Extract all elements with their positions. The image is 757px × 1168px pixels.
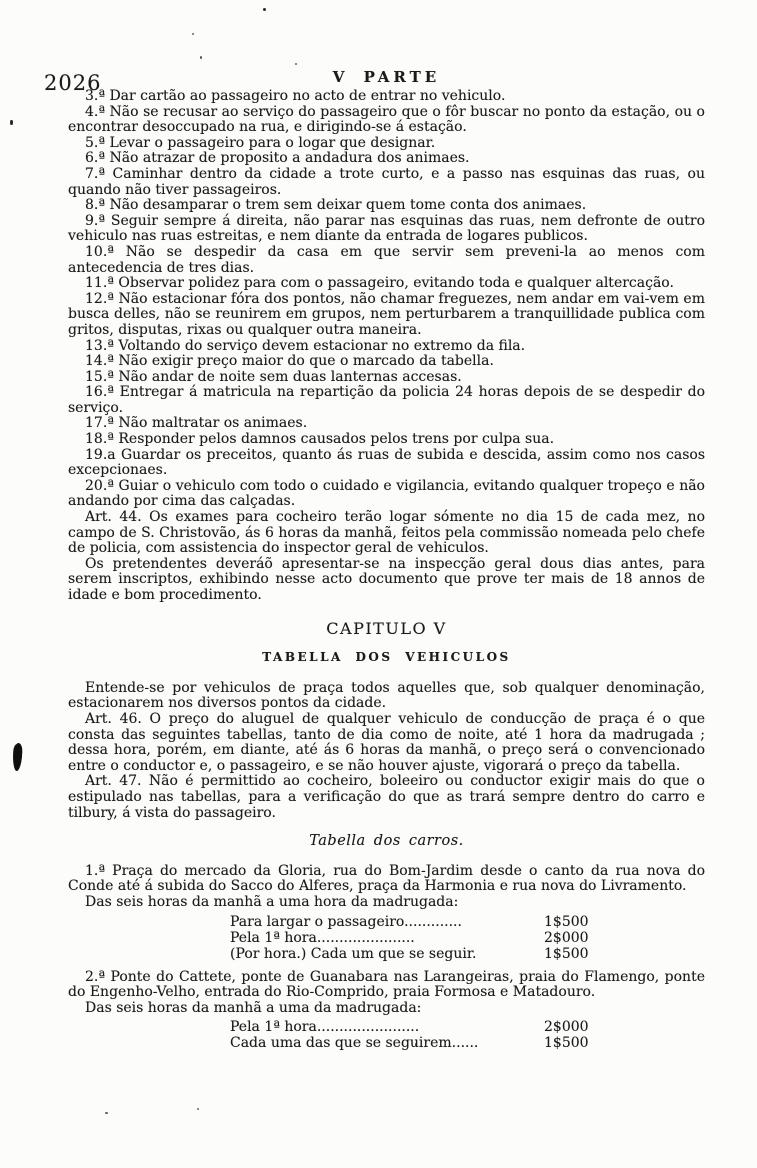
- clause-12: 12.ª Não estacionar fóra dos pontos, não…: [68, 292, 705, 339]
- chapter-paragraph: Entende-se por vehiculos de praça todos …: [68, 681, 705, 712]
- ink-speck: [10, 120, 13, 125]
- clause-15: 15.ª Não andar de noite sem duas lantern…: [68, 370, 705, 386]
- fare-price: 1$500: [544, 946, 592, 962]
- fare-table-1: Para largar o passageiro............. 1$…: [230, 914, 592, 962]
- clause-4: 4.ª Não se recusar ao serviço do passage…: [68, 105, 705, 136]
- fare-label: Pela 1ª hora.......................: [230, 1019, 419, 1035]
- fare-section-2-intro: 2.ª Ponte do Cattete, ponte de Guanabara…: [68, 970, 705, 1001]
- fare-label: Cada uma das que se seguirem......: [230, 1035, 478, 1051]
- fare-price: 2$000: [544, 1019, 592, 1035]
- clause-11: 11.ª Observar polidez para com o passage…: [68, 276, 705, 292]
- clause-19: 19.a Guardar os preceitos, quanto ás rua…: [68, 448, 705, 479]
- clause-7: 7.ª Caminhar dentro da cidade a trote cu…: [68, 167, 705, 198]
- fare-table-2: Pela 1ª hora....................... 2$00…: [230, 1019, 592, 1051]
- fare-row: (Por hora.) Cada um que se seguir. 1$500: [230, 946, 592, 962]
- fare-price: 1$500: [544, 1035, 592, 1051]
- fare-label: Pela 1ª hora......................: [230, 930, 415, 946]
- clause-18: 18.ª Responder pelos damnos causados pel…: [68, 432, 705, 448]
- article-47: Art. 47. Não é permittido ao cocheiro, b…: [68, 774, 705, 821]
- fare-price: 1$500: [544, 914, 592, 930]
- fare-section-1-intro: 1.ª Praça do mercado da Gloria, rua do B…: [68, 864, 705, 895]
- article-44: Art. 44. Os exames para cocheiro terão l…: [68, 510, 705, 557]
- fare-price: 2$000: [544, 930, 592, 946]
- clause-20: 20.ª Guiar o vehiculo com todo o cuidado…: [68, 479, 705, 510]
- clause-6: 6.ª Não atrazar de proposito a andadura …: [68, 151, 705, 167]
- clause-10: 10.ª Não se despedir da casa em que serv…: [68, 245, 705, 276]
- fare-row: Para largar o passageiro............. 1$…: [230, 914, 592, 930]
- chapter-title: CAPITULO V: [68, 621, 705, 637]
- fare-section-1-schedule: Das seis horas da manhã a uma hora da ma…: [68, 895, 705, 911]
- fare-row: Pela 1ª hora....................... 2$00…: [230, 1019, 592, 1035]
- scanned-document-page: 2026 V PARTE 3.ª Dar cartão ao passageir…: [0, 0, 757, 1168]
- article-44-continuation: Os pretendentes deveráõ apresentar-se na…: [68, 557, 705, 604]
- fare-label: Para largar o passageiro.............: [230, 914, 462, 930]
- part-title: V PARTE: [68, 68, 705, 86]
- article-46: Art. 46. O preço do aluguel de qualquer …: [68, 712, 705, 774]
- clause-3: 3.ª Dar cartão ao passageiro no acto de …: [68, 89, 705, 105]
- chapter-subtitle: TABELLA DOS VEHICULOS: [68, 650, 705, 666]
- clause-8: 8.ª Não desamparar o trem sem deixar que…: [68, 198, 705, 214]
- clause-17: 17.ª Não maltratar os animaes.: [68, 416, 705, 432]
- clause-13: 13.ª Voltando do serviço devem estaciona…: [68, 339, 705, 355]
- fare-row: Pela 1ª hora...................... 2$000: [230, 930, 592, 946]
- clause-9: 9.ª Seguir sempre á direita, não parar n…: [68, 214, 705, 245]
- ink-speck: [105, 1112, 108, 1114]
- ink-blob: [13, 744, 23, 771]
- page-header: 2026 V PARTE: [0, 0, 757, 96]
- fare-section-2-schedule: Das seis horas da manhã a uma da madruga…: [68, 1001, 705, 1017]
- ink-speck: [197, 1108, 199, 1110]
- fare-row: Cada uma das que se seguirem...... 1$500: [230, 1035, 592, 1051]
- clause-16: 16.ª Entregar á matricula na repartição …: [68, 385, 705, 416]
- page-body: 3.ª Dar cartão ao passageiro no acto de …: [68, 89, 705, 1059]
- clause-14: 14.ª Não exigir preço maior do que o mar…: [68, 354, 705, 370]
- carros-table-title: Tabella dos carros.: [68, 834, 705, 850]
- fare-label: (Por hora.) Cada um que se seguir.: [230, 946, 476, 962]
